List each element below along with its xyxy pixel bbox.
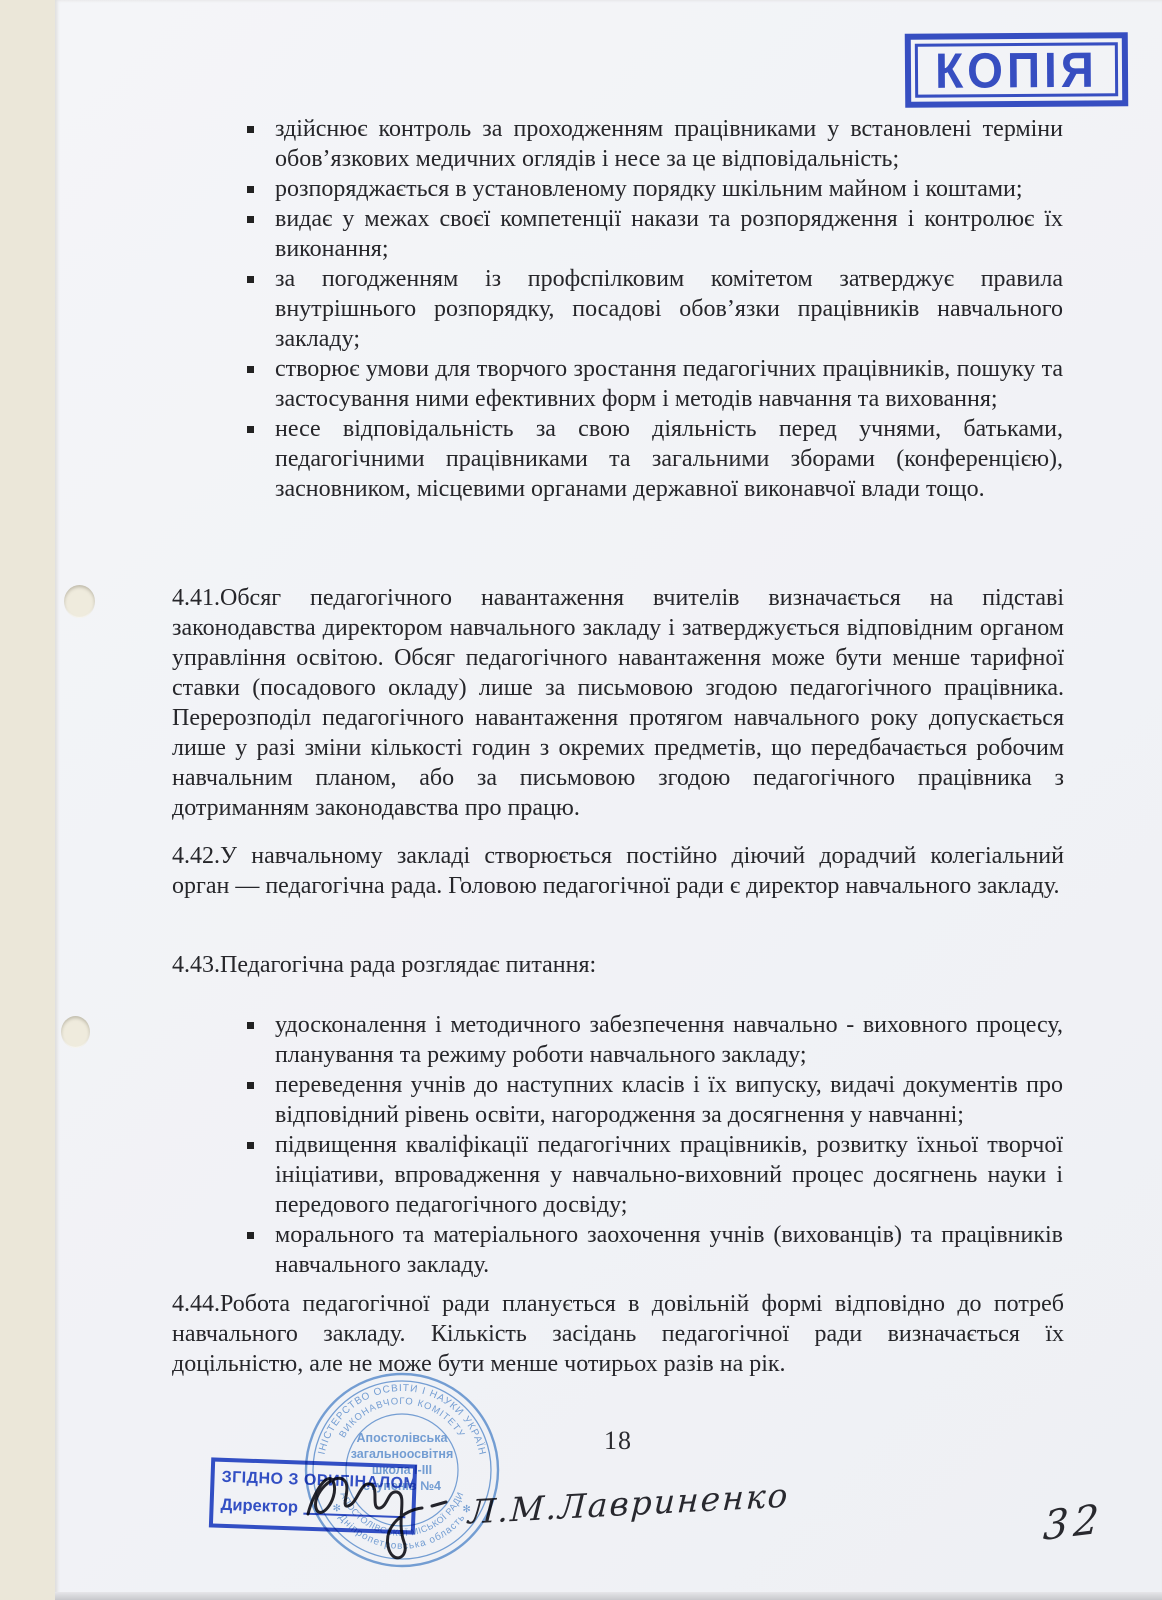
- hole-punch-bottom: [61, 1016, 90, 1048]
- copy-stamp-label: КОПІЯ: [935, 45, 1098, 96]
- paragraph-4-42: 4.42.У навчальному закладі створюється п…: [172, 841, 1064, 901]
- list-item: несе відповідальність за свою діяльність…: [245, 414, 1063, 504]
- round-stamp-center-line: Апостолівська: [357, 1431, 449, 1445]
- paragraph-4-41: 4.41.Обсяг педагогічного навантаження вч…: [172, 583, 1064, 823]
- hole-punch-top: [64, 585, 95, 618]
- handwritten-sheet-number: 32: [1042, 1496, 1105, 1550]
- council-topics-list: удосконалення і методичного забезпечення…: [245, 1010, 1063, 1280]
- list-item: за погодженням із профспілковим комітето…: [245, 264, 1063, 354]
- list-item: здійснює контроль за проходженням праців…: [245, 114, 1063, 174]
- list-item: розпоряджається в установленому порядку …: [245, 174, 1063, 204]
- scan-bottom-edge: [55, 1592, 1162, 1600]
- signature-scribble: [300, 1448, 480, 1573]
- scanned-document: { "document": { "bullets_1": [ "здійснює…: [0, 0, 1162, 1600]
- paragraph-4-43: 4.43.Педагогічна рада розглядає питання:: [172, 950, 1064, 980]
- list-item: переведення учнів до наступних класів і …: [245, 1070, 1063, 1130]
- list-item: удосконалення і методичного забезпечення…: [245, 1010, 1063, 1070]
- copy-stamp: КОПІЯ: [905, 32, 1129, 108]
- copy-stamp-frame: КОПІЯ: [915, 42, 1118, 97]
- director-label: Директор: [220, 1496, 298, 1518]
- list-item: видає у межах своєї компетенції накази т…: [245, 204, 1063, 264]
- director-duties-list: здійснює контроль за проходженням праців…: [245, 114, 1063, 504]
- list-item: створює умови для творчого зростання пед…: [245, 354, 1063, 414]
- list-item: підвищення кваліфікації педагогічних пра…: [245, 1130, 1063, 1220]
- list-item: морального та матеріального заохочення у…: [245, 1220, 1063, 1280]
